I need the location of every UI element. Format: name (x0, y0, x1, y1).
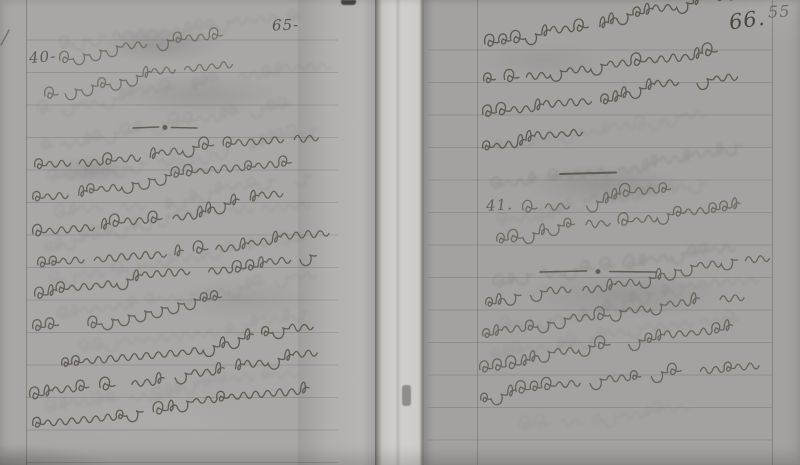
handwritten-line (33, 308, 245, 342)
handwritten-line (483, 316, 767, 350)
handwriting-layer (0, 0, 800, 465)
handwritten-line (33, 179, 317, 213)
handwritten-line (45, 75, 253, 109)
left-item-number: 40- (28, 49, 56, 66)
handwritten-line (497, 222, 771, 256)
handwritten-line (33, 404, 337, 438)
manuscript-scan: 65- 40- 66. 55 41. (0, 0, 800, 465)
handwritten-line (481, 380, 781, 414)
handwritten-line (484, 60, 754, 94)
section-divider (133, 122, 201, 134)
handwritten-line (35, 146, 342, 180)
handwritten-line (485, 24, 759, 58)
handwritten-line (523, 188, 695, 222)
handwritten-line (60, 40, 242, 74)
right-folio-number: 55 (768, 3, 791, 20)
handwritten-line (33, 212, 323, 246)
handwritten-line (480, 348, 774, 382)
handwritten-line (62, 344, 326, 378)
right-item-number: 41. (486, 197, 514, 214)
section-divider (560, 168, 620, 180)
handwritten-line (483, 94, 757, 128)
section-divider (540, 266, 660, 278)
handwritten-line (483, 128, 590, 162)
left-page-number: 65- (272, 18, 300, 34)
right-page-number: 66. (728, 8, 767, 34)
